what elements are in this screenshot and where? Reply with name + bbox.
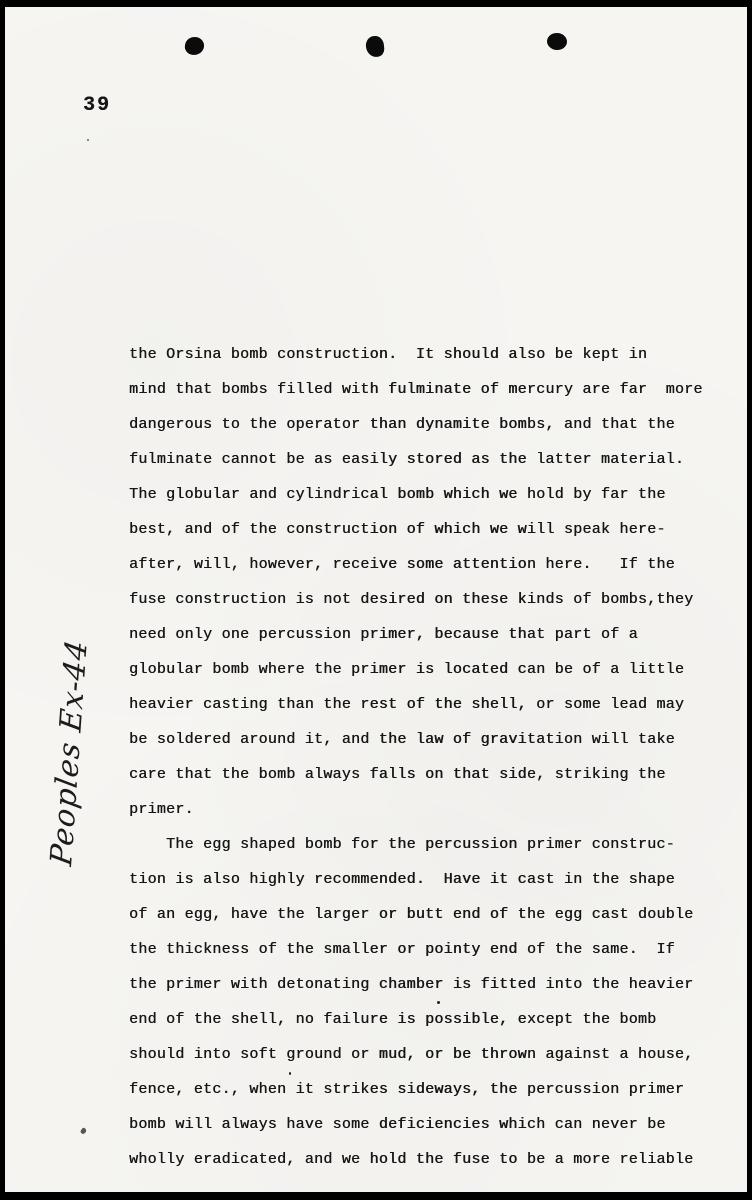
- scanned-document-page: 39 Peoples Ex-44 the Orsina bomb constru…: [0, 0, 752, 1200]
- typed-line: heavier casting than the rest of the she…: [129, 687, 729, 722]
- typed-line: tion is also highly recommended. Have it…: [129, 862, 729, 897]
- scan-speck: [87, 139, 89, 141]
- typed-line: the Orsina bomb construction. It should …: [129, 337, 729, 372]
- typed-line: fuse construction is not desired on thes…: [129, 582, 729, 617]
- typed-line: The globular and cylindrical bomb which …: [129, 477, 729, 512]
- typed-line: should into soft ground or mud, or be th…: [129, 1037, 729, 1072]
- typed-line: need only one percussion primer, because…: [129, 617, 729, 652]
- typed-line: primer.: [129, 792, 729, 827]
- typed-line: be soldered around it, and the law of gr…: [129, 722, 729, 757]
- typed-line: care that the bomb always falls on that …: [129, 757, 729, 792]
- typed-line: end of the shell, no failure is possible…: [129, 1002, 729, 1037]
- typed-line: mind that bombs filled with fulminate of…: [129, 372, 729, 407]
- typed-line: after, will, however, receive some atten…: [129, 547, 729, 582]
- typed-line: the primer with detonating chamber is fi…: [129, 967, 729, 1002]
- typed-line: dangerous to the operator than dynamite …: [129, 407, 729, 442]
- typed-text-block: the Orsina bomb construction. It should …: [129, 337, 729, 1177]
- typed-line: the thickness of the smaller or pointy e…: [129, 932, 729, 967]
- typed-line: wholly eradicated, and we hold the fuse …: [129, 1142, 729, 1177]
- typed-line: bomb will always have some deficiencies …: [129, 1107, 729, 1142]
- typed-line: globular bomb where the primer is locate…: [129, 652, 729, 687]
- scan-speck: [437, 1001, 440, 1004]
- typed-line: best, and of the construction of which w…: [129, 512, 729, 547]
- scan-speck: [289, 1072, 291, 1075]
- typed-line: fence, etc., when it strikes sideways, t…: [129, 1072, 729, 1107]
- page-number: 39: [83, 94, 111, 117]
- typed-line: The egg shaped bomb for the percussion p…: [129, 827, 729, 862]
- typed-line: of an egg, have the larger or butt end o…: [129, 897, 729, 932]
- typed-line: fulminate cannot be as easily stored as …: [129, 442, 729, 477]
